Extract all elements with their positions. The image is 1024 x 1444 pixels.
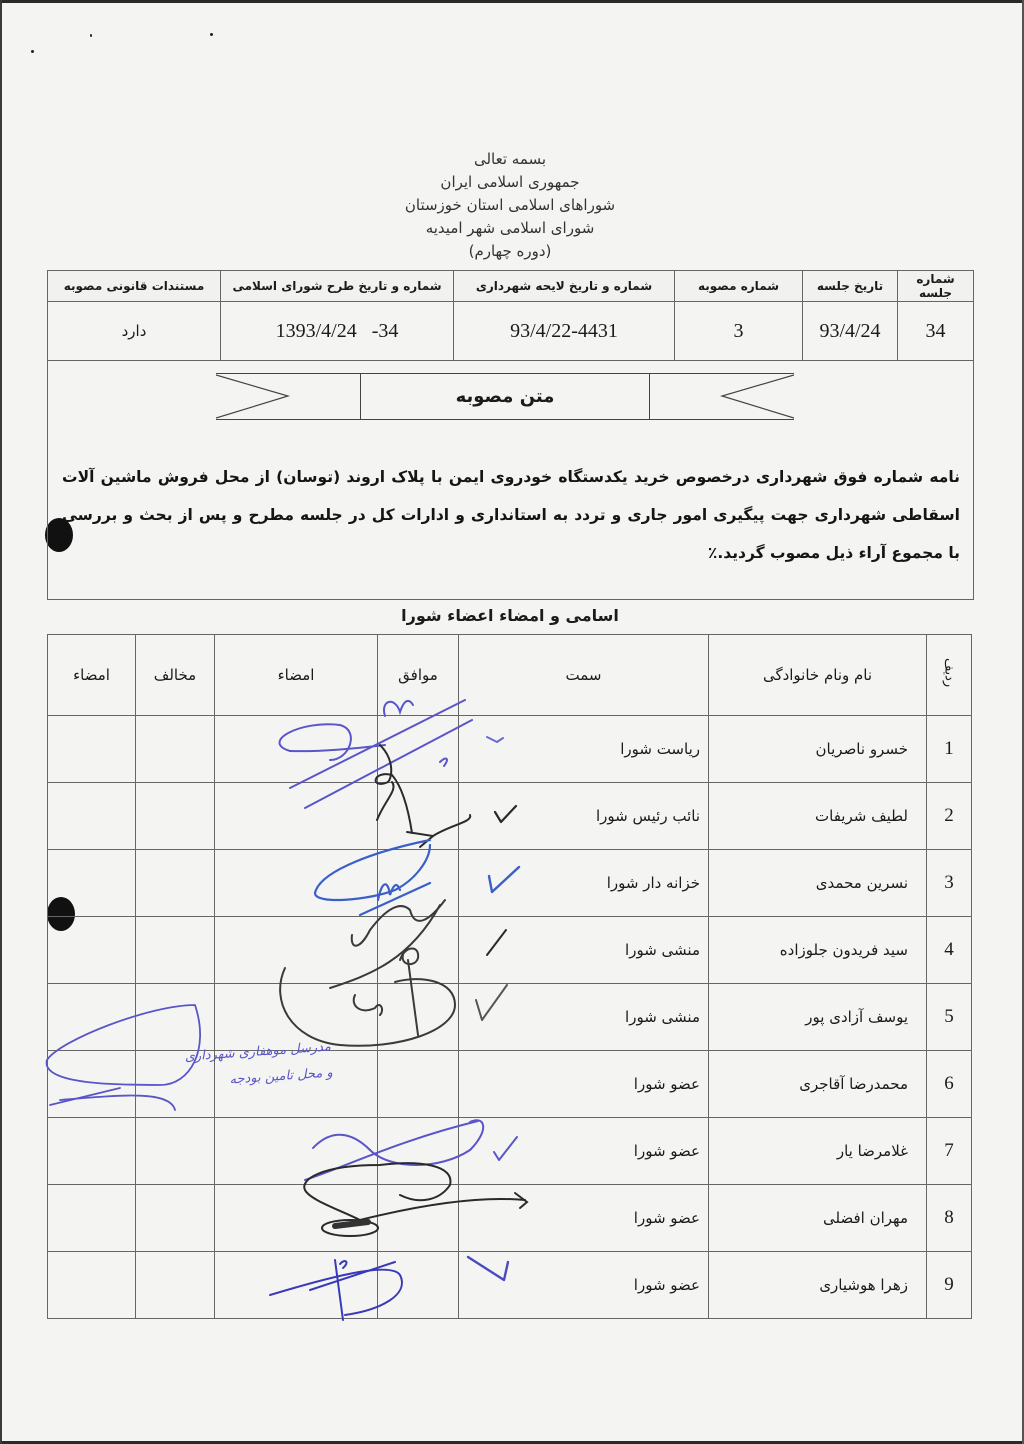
members-header-row: ردیف نام ونام خانوادگی سمت موافق امضاء م… xyxy=(48,635,972,716)
member-name: نسرین محمدی xyxy=(709,850,927,917)
member-signature2-cell xyxy=(48,1252,136,1319)
member-index: 4 xyxy=(927,917,972,984)
member-name: زهرا هوشیاری xyxy=(709,1252,927,1319)
member-index: 6 xyxy=(927,1051,972,1118)
member-name: غلامرضا یار xyxy=(709,1118,927,1185)
session-info-table: شماره جلسه تاریخ جلسه شماره مصوبه شماره … xyxy=(47,270,974,361)
member-index: 7 xyxy=(927,1118,972,1185)
member-name: لطیف شریفات xyxy=(709,783,927,850)
header-legal-documents: مستندات قانونی مصوبه xyxy=(48,271,221,302)
member-name: یوسف آزادی پور xyxy=(709,984,927,1051)
member-row: 5 یوسف آزادی پور منشی شورا xyxy=(48,984,972,1051)
member-row: 2 لطیف شریفات نائب رئیس شورا xyxy=(48,783,972,850)
header-name: نام ونام خانوادگی xyxy=(709,635,927,716)
header-index: ردیف xyxy=(927,635,972,716)
member-role: نائب رئیس شورا xyxy=(459,783,709,850)
scan-speck xyxy=(210,33,213,36)
member-oppose-cell xyxy=(136,1252,215,1319)
member-agree-cell xyxy=(378,984,459,1051)
header-session-number: شماره جلسه xyxy=(898,271,974,302)
member-signature2-cell xyxy=(48,984,136,1051)
member-agree-cell xyxy=(378,783,459,850)
members-table: ردیف نام ونام خانوادگی سمت موافق امضاء م… xyxy=(47,634,972,1319)
member-signature-cell xyxy=(215,850,378,917)
member-signature-cell xyxy=(215,1118,378,1185)
member-index: 5 xyxy=(927,984,972,1051)
value-council-plan: 1393/4/24 -34 xyxy=(221,302,454,361)
scan-speck xyxy=(90,34,92,37)
member-agree-cell xyxy=(378,917,459,984)
member-oppose-cell xyxy=(136,716,215,783)
resolution-body-text: نامه شماره فوق شهرداری درخصوص خرید یکدست… xyxy=(62,458,960,572)
member-index: 3 xyxy=(927,850,972,917)
member-signature2-cell xyxy=(48,783,136,850)
member-oppose-cell xyxy=(136,917,215,984)
handwritten-note: مدرسل موهفاری شهرداری و محل تامین بودجه xyxy=(170,1034,333,1097)
header-signature-2: امضاء xyxy=(48,635,136,716)
header-line-term: (دوره چهارم) xyxy=(300,240,720,263)
session-info-header-row: شماره جلسه تاریخ جلسه شماره مصوبه شماره … xyxy=(48,271,974,302)
member-oppose-cell xyxy=(136,1185,215,1252)
resolution-title-banner: متن مصوبه xyxy=(216,373,794,420)
member-role: منشی شورا xyxy=(459,984,709,1051)
member-signature2-cell xyxy=(48,1118,136,1185)
member-oppose-cell xyxy=(136,850,215,917)
member-agree-cell xyxy=(378,1185,459,1252)
header-session-date: تاریخ جلسه xyxy=(803,271,898,302)
member-row: 3 نسرین محمدی خزانه دار شورا xyxy=(48,850,972,917)
value-resolution-number: 3 xyxy=(675,302,803,361)
member-agree-cell xyxy=(378,850,459,917)
member-oppose-cell xyxy=(136,783,215,850)
member-signature-cell xyxy=(215,917,378,984)
member-role: عضو شورا xyxy=(459,1185,709,1252)
header-line-basmala: بسمه تعالی xyxy=(300,148,720,171)
header-council-plan: شماره و تاریخ طرح شورای اسلامی xyxy=(221,271,454,302)
member-oppose-cell xyxy=(136,984,215,1051)
member-name: محمدرضا آقاجری xyxy=(709,1051,927,1118)
member-signature2-cell xyxy=(48,1185,136,1252)
member-agree-cell xyxy=(378,1252,459,1319)
header-index-label: ردیف xyxy=(942,658,957,687)
member-name: سید فریدون جلوزاده xyxy=(709,917,927,984)
header-line-province-councils: شوراهای اسلامی استان خوزستان xyxy=(300,194,720,217)
member-oppose-cell xyxy=(136,1118,215,1185)
member-agree-cell xyxy=(378,716,459,783)
resolution-title: متن مصوبه xyxy=(360,374,650,419)
member-signature-cell xyxy=(215,1185,378,1252)
header-signature: امضاء xyxy=(215,635,378,716)
scan-edge-top xyxy=(0,0,1024,3)
value-session-date: 93/4/24 xyxy=(803,302,898,361)
header-role: سمت xyxy=(459,635,709,716)
header-agree: موافق xyxy=(378,635,459,716)
member-signature2-cell xyxy=(48,1051,136,1118)
member-role: عضو شورا xyxy=(459,1051,709,1118)
session-info-value-row: 34 93/4/24 3 93/4/22-4431 1393/4/24 -34 … xyxy=(48,302,974,361)
member-role: خزانه دار شورا xyxy=(459,850,709,917)
member-index: 9 xyxy=(927,1252,972,1319)
member-index: 8 xyxy=(927,1185,972,1252)
scan-speck xyxy=(31,50,34,53)
header-line-city-council: شورای اسلامی شهر امیدیه xyxy=(300,217,720,240)
member-role: ریاست شورا xyxy=(459,716,709,783)
header-resolution-number: شماره مصوبه xyxy=(675,271,803,302)
member-signature-cell xyxy=(215,716,378,783)
header-oppose: مخالف xyxy=(136,635,215,716)
member-name: مهران افضلی xyxy=(709,1185,927,1252)
member-role: عضو شورا xyxy=(459,1252,709,1319)
member-signature-cell xyxy=(215,783,378,850)
header-municipality-bill: شماره و تاریخ لایحه شهرداری xyxy=(454,271,675,302)
member-role: منشی شورا xyxy=(459,917,709,984)
header-line-country: جمهوری اسلامی ایران xyxy=(300,171,720,194)
member-row: 4 سید فریدون جلوزاده منشی شورا xyxy=(48,917,972,984)
document-header: بسمه تعالی جمهوری اسلامی ایران شوراهای ا… xyxy=(300,148,720,263)
member-row: 7 غلامرضا یار عضو شورا xyxy=(48,1118,972,1185)
member-role: عضو شورا xyxy=(459,1118,709,1185)
member-name: خسرو ناصریان xyxy=(709,716,927,783)
member-signature2-cell xyxy=(48,716,136,783)
member-index: 1 xyxy=(927,716,972,783)
member-row: 9 زهرا هوشیاری عضو شورا xyxy=(48,1252,972,1319)
member-agree-cell xyxy=(378,1051,459,1118)
member-row: 1 خسرو ناصریان ریاست شورا xyxy=(48,716,972,783)
value-municipality-bill: 93/4/22-4431 xyxy=(454,302,675,361)
scan-edge-left xyxy=(0,0,2,1444)
member-signature-cell xyxy=(215,1252,378,1319)
member-row: 8 مهران افضلی عضو شورا xyxy=(48,1185,972,1252)
value-legal-documents: دارد xyxy=(48,302,221,361)
members-caption: اسامی و امضاء اعضاء شورا xyxy=(300,606,720,625)
member-agree-cell xyxy=(378,1118,459,1185)
value-session-number: 34 xyxy=(898,302,974,361)
member-signature2-cell xyxy=(48,850,136,917)
member-signature2-cell xyxy=(48,917,136,984)
member-index: 2 xyxy=(927,783,972,850)
